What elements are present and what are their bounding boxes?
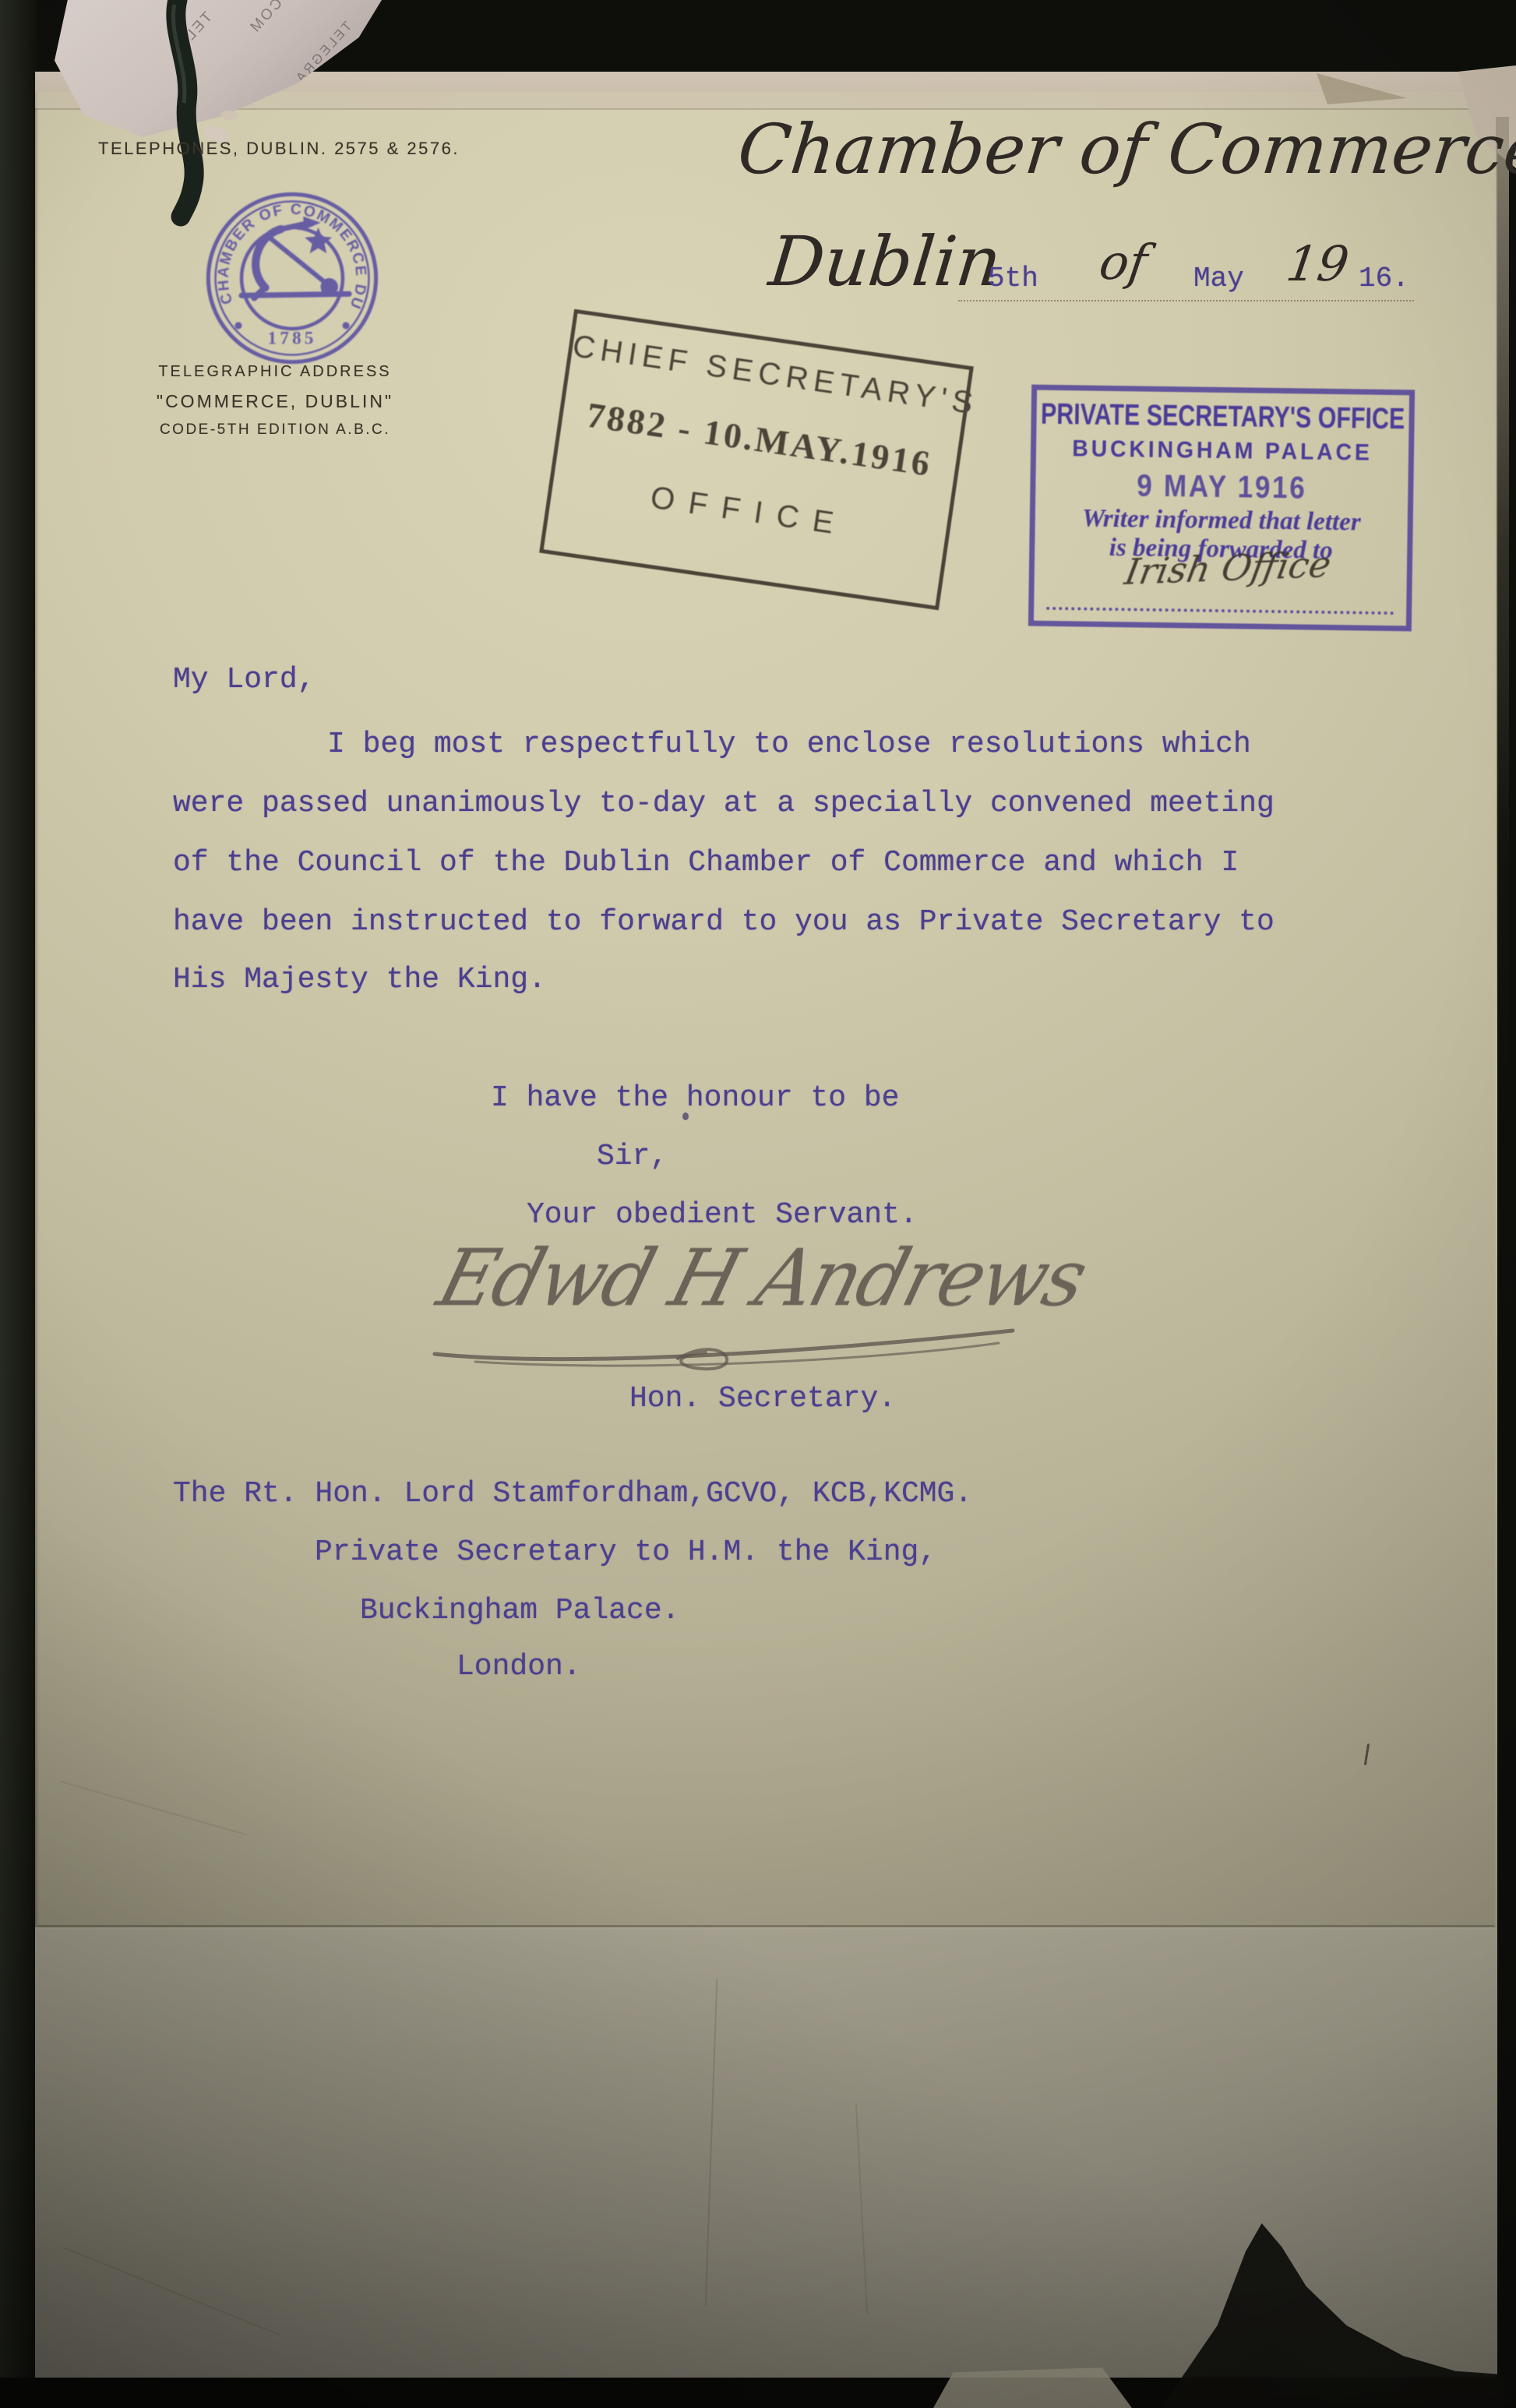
recipient-line: Buckingham Palace. [360,1596,679,1626]
closing-line: I have the honour to be [491,1084,900,1113]
photo-background-left [0,0,37,2408]
closing-line: Sir, [597,1142,668,1172]
torn-paper-bit [220,111,238,120]
body-line: of the Council of the Dublin Chamber of … [173,848,1239,878]
recipient-line: Private Secretary to H.M. the King, [315,1538,936,1567]
underlying-sheet-edge [1496,117,1509,1091]
letterhead-title-line1: Chamber of Commerce [735,109,1516,189]
signature-title: Hon. Secretary. [629,1384,896,1414]
date-connector: of [1096,234,1151,291]
signature: Edwd H Andrews [429,1232,1095,1324]
date-day: 5th [988,263,1038,294]
date-dotted-rule [958,299,1414,301]
seal-dot [234,322,242,329]
salutation: My Lord, [173,665,315,695]
stamp-line: BUCKINGHAM PALACE [1072,435,1373,466]
stamp-line: OFFICE [551,466,947,557]
ink-speck [682,1112,689,1120]
stamp-dotted-line [1046,607,1394,615]
stamp-line: PRIVATE SECRETARY'S OFFICE [1041,398,1405,437]
date-year: 16. [1359,263,1409,294]
chamber-of-commerce-seal: CHAMBER OF COMMERCE DUBLIN 1785 [189,175,395,381]
telegraphic-address-label: TELEGRAPHIC ADDRESS [100,363,450,381]
signature-flourish [421,1324,1028,1383]
stamp-date: 9 MAY 1916 [1137,468,1307,506]
recipient-line: The Rt. Hon. Lord Stamfordham,GCVO, KCB,… [173,1479,972,1509]
stamp-line: Writer informed that letter [1082,505,1361,538]
telegraphic-code-line: CODE-5TH EDITION A.B.C. [100,421,450,439]
private-secretarys-office-stamp: PRIVATE SECRETARY'S OFFICE BUCKINGHAM PA… [1028,385,1415,632]
scanned-letter-photo: TELE COM TELEGRA TELEPHONES, DUBLIN. 257… [0,0,1516,2408]
body-line: were passed unanimously to-day at a spec… [173,789,1274,819]
body-line: His Majesty the King. [173,965,546,995]
closing-line: Your obedient Servant. [527,1200,918,1230]
sheet-bottom-edge [37,1925,1494,1927]
date-month: May [1193,263,1244,294]
body-line: have been instructed to forward to you a… [173,908,1274,937]
mirrored-letterhead-text: COM [246,0,287,37]
telephones-line: TELEPHONES, DUBLIN. 2575 & 2576. [98,139,460,159]
telegraphic-address-value: "COMMERCE, DUBLIN" [100,391,450,412]
seal-dot [342,322,349,329]
telegraphic-address-block: TELEGRAPHIC ADDRESS "COMMERCE, DUBLIN" C… [100,363,450,439]
seal-year: 1785 [268,328,317,348]
letterhead-title-line2: Dublin [766,221,1005,301]
recipient-line: London. [457,1652,581,1682]
handwritten-forwarding-destination: Irish Office [1122,543,1334,593]
body-line: I beg most respectfully to enclose resol… [327,730,1251,760]
date-century: 19 [1283,235,1352,292]
